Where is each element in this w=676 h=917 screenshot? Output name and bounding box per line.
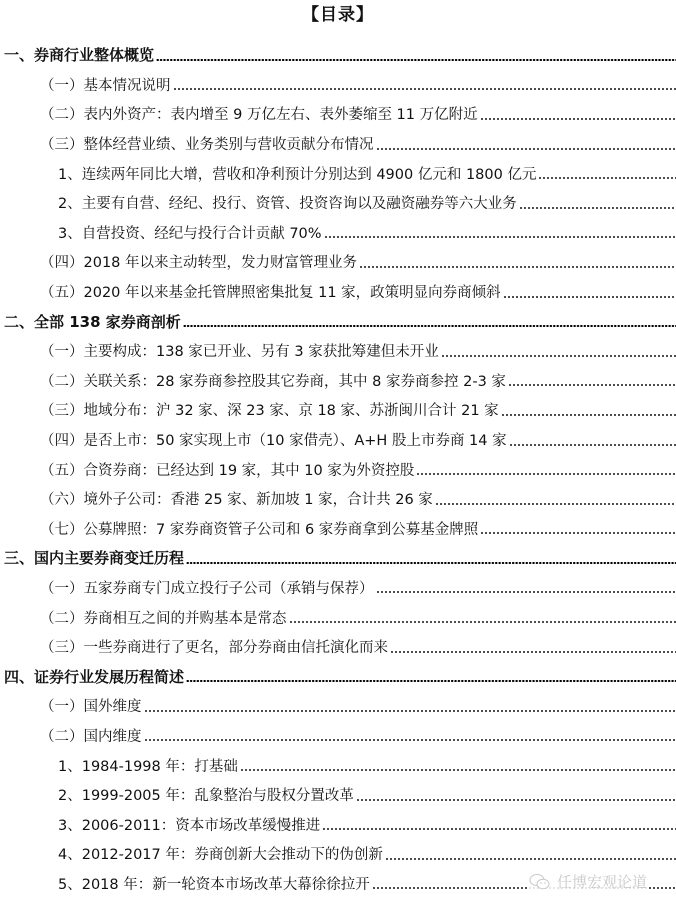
toc-entry[interactable]: 3、自营投资、经纪与投行合计贡献 70% xyxy=(0,218,676,248)
toc-entry[interactable]: （一）五家券商专门成立投行子公司（承销与保荐） xyxy=(0,573,676,603)
toc-entry-text: （二）表内外资产：表内增至 9 万亿左右、表外萎缩至 11 万亿附近 xyxy=(40,103,480,124)
dot-leader xyxy=(519,207,676,209)
dot-leader xyxy=(324,236,676,238)
toc-entry-text: 一、券商行业整体概览 xyxy=(4,44,156,65)
toc-entry[interactable]: （二）关联关系：28 家券商参控股其它券商，其中 8 家券商参控 2-3 家 xyxy=(0,366,676,396)
dot-leader xyxy=(240,769,676,771)
toc-entry[interactable]: （一）基本情况说明 xyxy=(0,70,676,100)
toc-entry-text: （四）是否上市：50 家实现上市（10 家借壳）、A+H 股上市券商 14 家 xyxy=(40,429,509,450)
toc-entry[interactable]: 三、国内主要券商变迁历程 xyxy=(0,543,676,573)
dot-leader xyxy=(508,384,676,386)
dot-leader xyxy=(183,325,676,327)
watermark: 任博宏观论道 xyxy=(527,871,649,892)
dot-leader xyxy=(322,828,676,830)
toc-entry-text: 1、1984-1998 年：打基础 xyxy=(58,755,240,776)
toc-entry-text: 2、1999-2005 年：乱象整治与股权分置改革 xyxy=(58,784,356,805)
toc-entry-text: （五）2020 年以来基金托管牌照密集批复 11 家，政策明显向券商倾斜 xyxy=(40,281,503,302)
toc-entry-text: 三、国内主要券商变迁历程 xyxy=(4,547,186,568)
toc-entry[interactable]: （一）主要构成：138 家已开业、另有 3 家获批筹建但未开业 xyxy=(0,336,676,366)
toc-entry[interactable]: 2、主要有自营、经纪、投行、资管、投资咨询以及融资融券等六大业务 xyxy=(0,188,676,218)
toc-entry[interactable]: 一、券商行业整体概览 xyxy=(0,40,676,70)
toc-entry-text: 5、2018 年：新一轮资本市场改革大幕徐徐拉开 xyxy=(58,873,372,894)
toc-entry-text: （六）境外子公司：香港 25 家、新加坡 1 家，合计共 26 家 xyxy=(40,488,435,509)
toc-title: 【目录】 xyxy=(0,2,676,28)
dot-leader xyxy=(501,414,676,416)
toc-entry-text: （一）国外维度 xyxy=(40,695,144,716)
toc-entry[interactable]: 3、2006-2011：资本市场改革缓慢推进 xyxy=(0,809,676,839)
toc-entry[interactable]: （三）地域分布：沪 32 家、深 23 家、京 18 家、苏浙闽川合计 21 家 xyxy=(0,395,676,425)
toc-entry[interactable]: 二、全部 138 家券商剖析 xyxy=(0,306,676,336)
toc-entry-text: （一）主要构成：138 家已开业、另有 3 家获批筹建但未开业 xyxy=(40,340,441,361)
toc-entry-text: （七）公募牌照：7 家券商资管子公司和 6 家券商拿到公募基金牌照 xyxy=(40,518,480,539)
dot-leader xyxy=(356,799,676,801)
toc-entry[interactable]: （三）一些券商进行了更名，部分券商由信托演化而来 xyxy=(0,632,676,662)
toc-entry-text: （五）合资券商：已经达到 19 家，其中 10 家为外资控股 xyxy=(40,459,416,480)
dot-leader xyxy=(480,118,676,120)
dot-leader xyxy=(376,148,676,150)
dot-leader xyxy=(144,710,676,712)
watermark-text: 任博宏观论道 xyxy=(557,871,647,892)
toc-entry-text: （二）国内维度 xyxy=(40,725,144,746)
toc-entry[interactable]: （二）券商相互之间的并购基本是常态 xyxy=(0,602,676,632)
dot-leader xyxy=(173,88,676,90)
toc-entry-text: 四、证券行业发展历程简述 xyxy=(4,666,186,687)
toc-entry-text: 3、2006-2011：资本市场改革缓慢推进 xyxy=(58,814,322,835)
dot-leader xyxy=(480,532,676,534)
toc-entry-text: （三）整体经营业绩、业务类别与营收贡献分布情况 xyxy=(40,133,376,154)
toc-entry-text: 3、自营投资、经纪与投行合计贡献 70% xyxy=(58,222,324,243)
toc-entry-text: （三）地域分布：沪 32 家、深 23 家、京 18 家、苏浙闽川合计 21 家 xyxy=(40,399,501,420)
dot-leader xyxy=(441,355,676,357)
toc-entry-text: 二、全部 138 家券商剖析 xyxy=(4,311,183,332)
dot-leader xyxy=(385,858,676,860)
toc-entry-text: 2、主要有自营、经纪、投行、资管、投资咨询以及融资融券等六大业务 xyxy=(58,192,519,213)
toc-entry[interactable]: 1、1984-1998 年：打基础 xyxy=(0,750,676,780)
dot-leader xyxy=(289,621,676,623)
dot-leader xyxy=(503,296,676,298)
toc-entry[interactable]: 四、证券行业发展历程简述 xyxy=(0,661,676,691)
table-of-contents: 一、券商行业整体概览 （一）基本情况说明 （二）表内外资产：表内增至 9 万亿左… xyxy=(0,40,676,898)
toc-entry[interactable]: （七）公募牌照：7 家券商资管子公司和 6 家券商拿到公募基金牌照 xyxy=(0,514,676,544)
toc-entry-text: （一）五家券商专门成立投行子公司（承销与保荐） xyxy=(40,577,376,598)
dot-leader xyxy=(359,266,676,268)
toc-entry[interactable]: （三）整体经营业绩、业务类别与营收贡献分布情况 xyxy=(0,129,676,159)
toc-entry[interactable]: （六）境外子公司：香港 25 家、新加坡 1 家，合计共 26 家 xyxy=(0,484,676,514)
toc-entry[interactable]: （二）表内外资产：表内增至 9 万亿左右、表外萎缩至 11 万亿附近 xyxy=(0,99,676,129)
toc-entry-text: （二）关联关系：28 家券商参控股其它券商，其中 8 家券商参控 2-3 家 xyxy=(40,370,508,391)
dot-leader xyxy=(416,473,676,475)
toc-entry[interactable]: （二）国内维度 xyxy=(0,721,676,751)
wechat-icon xyxy=(529,873,551,891)
toc-entry-text: 4、2012-2017 年：券商创新大会推动下的伪创新 xyxy=(58,843,385,864)
toc-entry-text: （四）2018 年以来主动转型，发力财富管理业务 xyxy=(40,251,359,272)
toc-entry[interactable]: 4、2012-2017 年：券商创新大会推动下的伪创新 xyxy=(0,839,676,869)
dot-leader xyxy=(509,444,676,446)
dot-leader xyxy=(390,651,676,653)
toc-entry[interactable]: （五）合资券商：已经达到 19 家，其中 10 家为外资控股 xyxy=(0,454,676,484)
toc-entry-text: （二）券商相互之间的并购基本是常态 xyxy=(40,607,289,628)
toc-entry[interactable]: （四）是否上市：50 家实现上市（10 家借壳）、A+H 股上市券商 14 家 xyxy=(0,425,676,455)
toc-entry-text: 1、连续两年同比大增，营收和净利预计分别达到 4900 亿元和 1800 亿元 xyxy=(58,163,538,184)
dot-leader xyxy=(376,591,676,593)
toc-entry[interactable]: 1、连续两年同比大增，营收和净利预计分别达到 4900 亿元和 1800 亿元 xyxy=(0,158,676,188)
toc-entry[interactable]: 2、1999-2005 年：乱象整治与股权分置改革 xyxy=(0,780,676,810)
dot-leader xyxy=(538,177,676,179)
toc-entry[interactable]: （五）2020 年以来基金托管牌照密集批复 11 家，政策明显向券商倾斜 xyxy=(0,277,676,307)
dot-leader xyxy=(144,739,676,741)
toc-entry[interactable]: （四）2018 年以来主动转型，发力财富管理业务 xyxy=(0,247,676,277)
dot-leader xyxy=(186,562,676,564)
toc-entry-text: （三）一些券商进行了更名，部分券商由信托演化而来 xyxy=(40,636,390,657)
dot-leader xyxy=(186,680,676,682)
dot-leader xyxy=(156,59,676,61)
toc-entry-text: （一）基本情况说明 xyxy=(40,74,173,95)
toc-entry[interactable]: （一）国外维度 xyxy=(0,691,676,721)
dot-leader xyxy=(435,503,676,505)
